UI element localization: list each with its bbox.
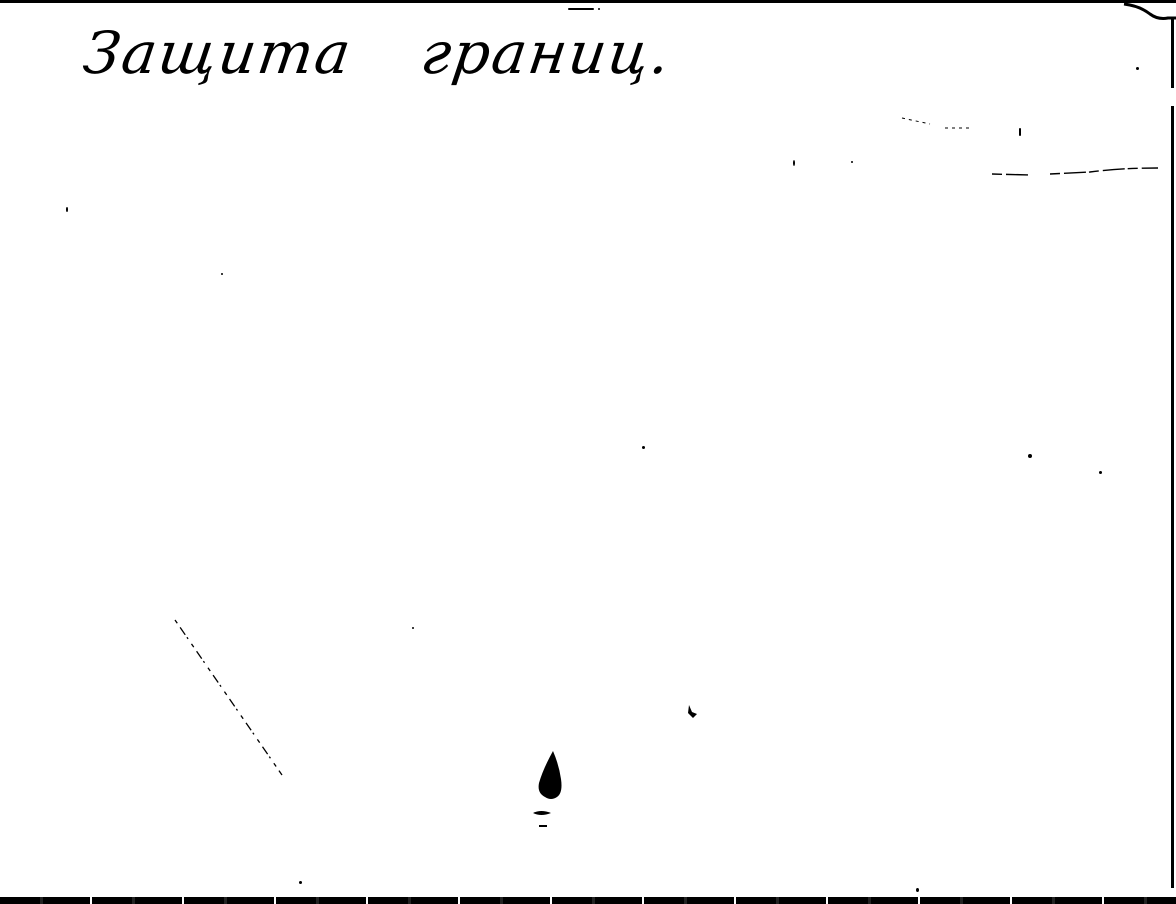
speck — [412, 627, 414, 629]
speck — [1136, 67, 1139, 70]
title-word-1: Защита — [79, 19, 356, 87]
speck — [1019, 128, 1021, 136]
bottom-border — [0, 897, 1176, 904]
diagonal-scratch — [170, 615, 290, 780]
scratch-mark — [900, 110, 1010, 140]
speck — [1099, 471, 1102, 474]
ink-blot — [525, 745, 575, 835]
top-border — [0, 0, 1176, 3]
speck — [598, 8, 600, 10]
speck — [793, 160, 795, 166]
speck — [221, 273, 223, 275]
speck — [299, 881, 302, 884]
title-word-2: границ. — [417, 19, 676, 87]
right-edge — [1171, 18, 1174, 888]
ink-speck — [686, 704, 700, 720]
speck — [1028, 454, 1032, 458]
speck — [568, 8, 594, 10]
speck — [916, 888, 919, 892]
speck — [851, 161, 853, 163]
speck — [642, 446, 645, 449]
scratch-mark — [990, 160, 1160, 180]
speck — [66, 207, 68, 212]
corner-curl-mark — [1120, 0, 1176, 24]
document-page: Защитаграниц. — [0, 0, 1176, 904]
handwritten-title: Защитаграниц. — [80, 22, 676, 86]
